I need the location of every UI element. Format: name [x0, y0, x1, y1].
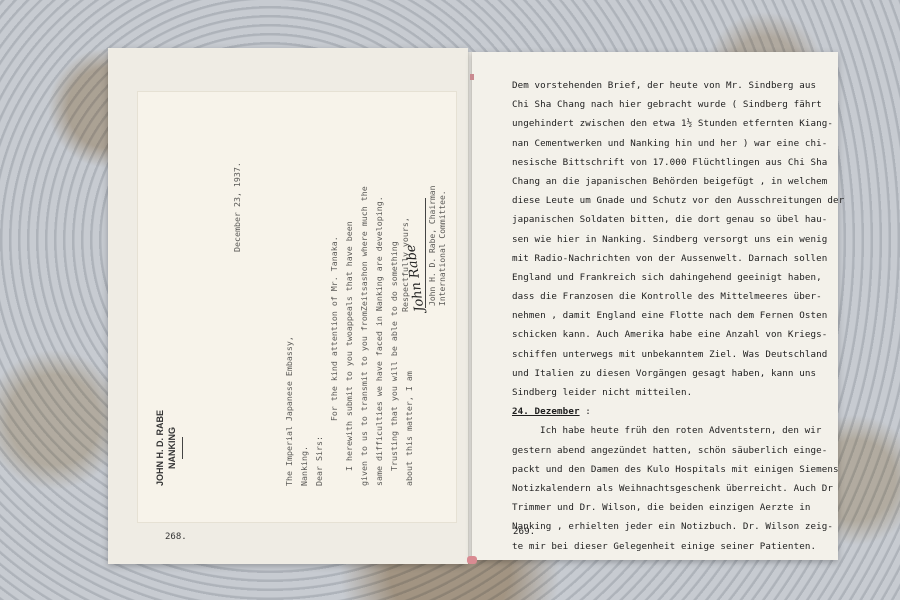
text-line: nehmen , damit England eine Flotte nach … — [512, 306, 838, 325]
binding-thread-top — [470, 74, 474, 80]
letterhead-rule — [182, 437, 183, 459]
section-heading-line: 24. Dezember : — [512, 402, 838, 421]
text-line: Chi Sha Chang nach hier gebracht wurde (… — [512, 95, 838, 114]
signer-block: John H. D. Rabe, Chairman International … — [428, 186, 448, 306]
text-line: sen wie hier in Nanking. Sindberg versor… — [512, 230, 838, 249]
letterhead: JOHN H. D. RABE NANKING — [154, 410, 183, 486]
letterhead-name: JOHN H. D. RABE — [154, 410, 166, 486]
text-line: Dem vorstehenden Brief, der heute von Mr… — [512, 76, 838, 95]
diary-text: Dem vorstehenden Brief, der heute von Mr… — [512, 76, 838, 556]
page-number-left: 268. — [165, 532, 187, 542]
text-line: Trimmer und Dr. Wilson, die beiden einzi… — [512, 498, 838, 517]
signer-line: John H. D. Rabe, Chairman — [428, 186, 438, 306]
text-line: und Italien zu diesen Vorgängen gesagt h… — [512, 364, 838, 383]
address-line: The Imperial Japanese Embassy, — [282, 186, 297, 486]
signer-line: International Committee. — [438, 186, 448, 306]
text-line: mit Radio-Nachrichten von der Aussenwelt… — [512, 249, 838, 268]
text-line: Sindberg leider nicht mitteilen. — [512, 383, 838, 402]
text-line: Notizkalendern als Weihnachtsgeschenk üb… — [512, 479, 838, 498]
text-line: schiffen unterwegs mit unbekanntem Ziel.… — [512, 345, 838, 364]
text-line: japanischen Soldaten bitten, die dort ge… — [512, 210, 838, 229]
text-line: dass die Franzosen die Kontrolle des Mit… — [512, 287, 838, 306]
section-heading: 24. Dezember — [512, 406, 580, 417]
body-line: given to us to transmit to you fromZeits… — [357, 186, 372, 486]
body-line: For the kind attention of Mr. Tanaka. — [327, 186, 342, 486]
letterhead-city: NANKING — [166, 410, 178, 486]
text-line: packt und den Damen des Kulo Hospitals m… — [512, 460, 838, 479]
text-line: gestern abend angezündet hatten, schön s… — [512, 441, 838, 460]
text-line: nesische Bittschrift von 17.000 Flüchtli… — [512, 153, 838, 172]
text-line: Ich habe heute früh den roten Adventster… — [512, 421, 838, 440]
text-line: te mir bei dieser Gelegenheit einige sei… — [512, 537, 838, 556]
text-line: Chang an die japanischen Behörden beigef… — [512, 172, 838, 191]
binding-thread-bottom — [467, 556, 477, 564]
salutation: Dear Sirs: — [312, 186, 327, 486]
section-heading-suffix: : — [580, 406, 591, 417]
text-line: England und Frankreich sich dahingehend … — [512, 268, 838, 287]
letter-date: December 23, 1937. — [230, 162, 245, 252]
body-line: I herewith submit to you twoappeals that… — [342, 186, 357, 486]
body-line: same difficulties we have faced in Nanki… — [372, 186, 387, 486]
text-line: schicken kann. Auch Amerika habe eine An… — [512, 325, 838, 344]
pasted-letter: JOHN H. D. RABE NANKING December 23, 193… — [138, 92, 456, 522]
address-line: Nanking. — [297, 186, 312, 486]
text-line: nan Cementwerken und Nanking hin und her… — [512, 134, 838, 153]
signature-rule — [425, 198, 426, 308]
letter-body: The Imperial Japanese Embassy, Nanking. … — [282, 186, 417, 486]
page-number-right: 269. — [513, 526, 535, 537]
text-line: ungehindert zwischen den etwa 1½ Stunden… — [512, 114, 838, 133]
text-line: diese Leute um Gnade und Schutz vor den … — [512, 191, 838, 210]
text-line: Nanking , erhielten jeder ein Notizbuch.… — [512, 517, 838, 536]
